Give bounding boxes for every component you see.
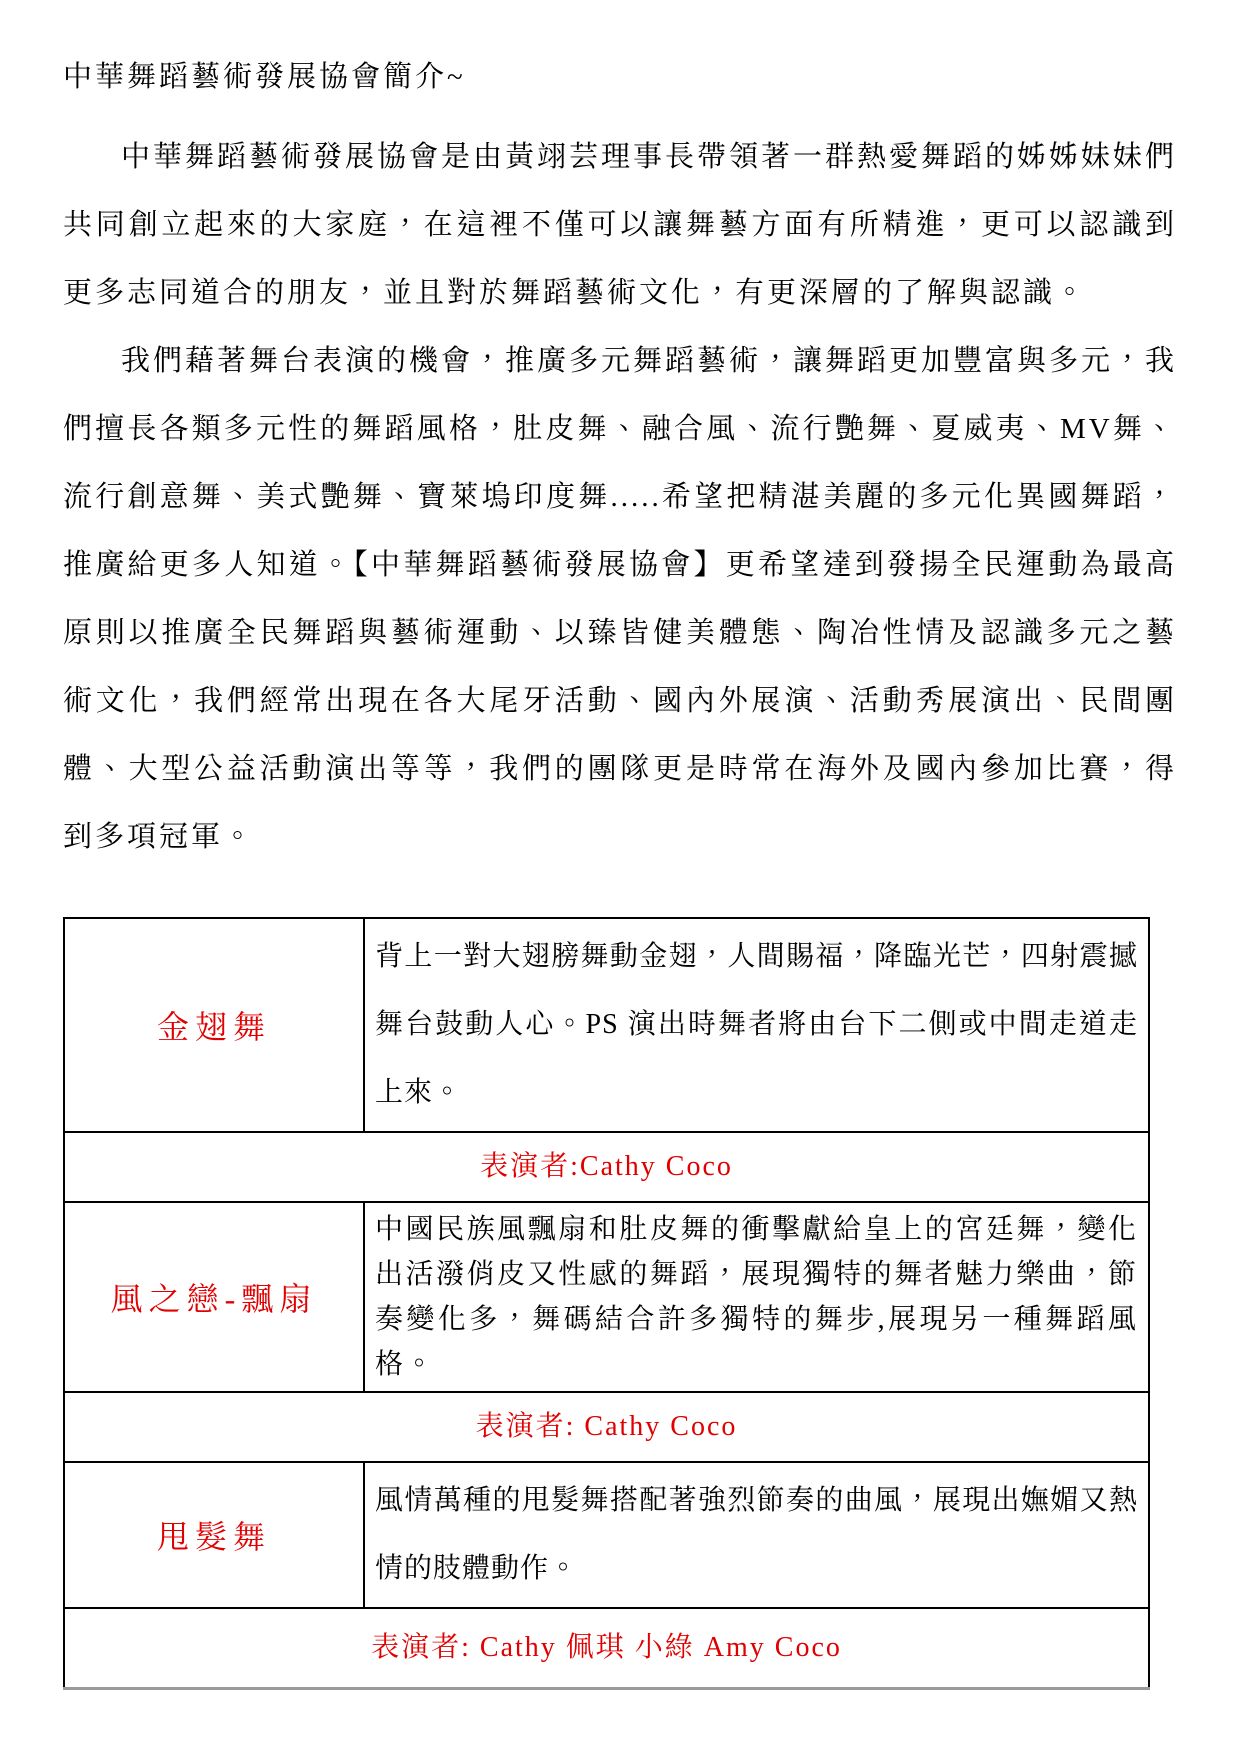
dance-name-cell: 甩髮舞 (64, 1462, 364, 1608)
table-row: 甩髮舞風情萬種的甩髮舞搭配著強烈節奏的曲風，展現出嫵媚又熱情的肢體動作。 (64, 1462, 1149, 1608)
table-row: 表演者: Cathy Coco (64, 1392, 1149, 1462)
performer-cell: 表演者: Cathy Coco (64, 1392, 1149, 1462)
document-title: 中華舞蹈藝術發展協會簡介~ (63, 43, 1177, 111)
dance-description-cell: 風情萬種的甩髮舞搭配著強烈節奏的曲風，展現出嫵媚又熱情的肢體動作。 (364, 1462, 1149, 1608)
dance-name-cell: 風之戀-飄扇 (64, 1202, 364, 1392)
performer-cell: 表演者:Cathy Coco (64, 1132, 1149, 1202)
table-row: 表演者: Cathy 佩琪 小綠 Amy Coco (64, 1608, 1149, 1688)
dance-table-body: 金翅舞背上一對大翅膀舞動金翅，人間賜福，降臨光芒，四射震撼舞台鼓動人心。PS 演… (64, 918, 1149, 1688)
table-row: 金翅舞背上一對大翅膀舞動金翅，人間賜福，降臨光芒，四射震撼舞台鼓動人心。PS 演… (64, 918, 1149, 1132)
activities-paragraph: 我們藉著舞台表演的機會，推廣多元舞蹈藝術，讓舞蹈更加豐富與多元，我們擅長各類多元… (63, 327, 1177, 871)
dance-name-cell: 金翅舞 (64, 918, 364, 1132)
document-page: 中華舞蹈藝術發展協會簡介~ 中華舞蹈藝術發展協會是由黃翊芸理事長帶領著一群熱愛舞… (0, 0, 1240, 1754)
dance-description-cell: 中國民族風飄扇和肚皮舞的衝擊獻給皇上的宮廷舞，變化出活潑俏皮又性感的舞蹈，展現獨… (364, 1202, 1149, 1392)
intro-paragraph: 中華舞蹈藝術發展協會是由黃翊芸理事長帶領著一群熱愛舞蹈的姊姊妹妹們共同創立起來的… (63, 123, 1177, 327)
performer-cell: 表演者: Cathy 佩琪 小綠 Amy Coco (64, 1608, 1149, 1688)
dance-description-cell: 背上一對大翅膀舞動金翅，人間賜福，降臨光芒，四射震撼舞台鼓動人心。PS 演出時舞… (364, 918, 1149, 1132)
table-row: 風之戀-飄扇中國民族風飄扇和肚皮舞的衝擊獻給皇上的宮廷舞，變化出活潑俏皮又性感的… (64, 1202, 1149, 1392)
table-row: 表演者:Cathy Coco (64, 1132, 1149, 1202)
dance-program-table: 金翅舞背上一對大翅膀舞動金翅，人間賜福，降臨光芒，四射震撼舞台鼓動人心。PS 演… (63, 917, 1150, 1690)
